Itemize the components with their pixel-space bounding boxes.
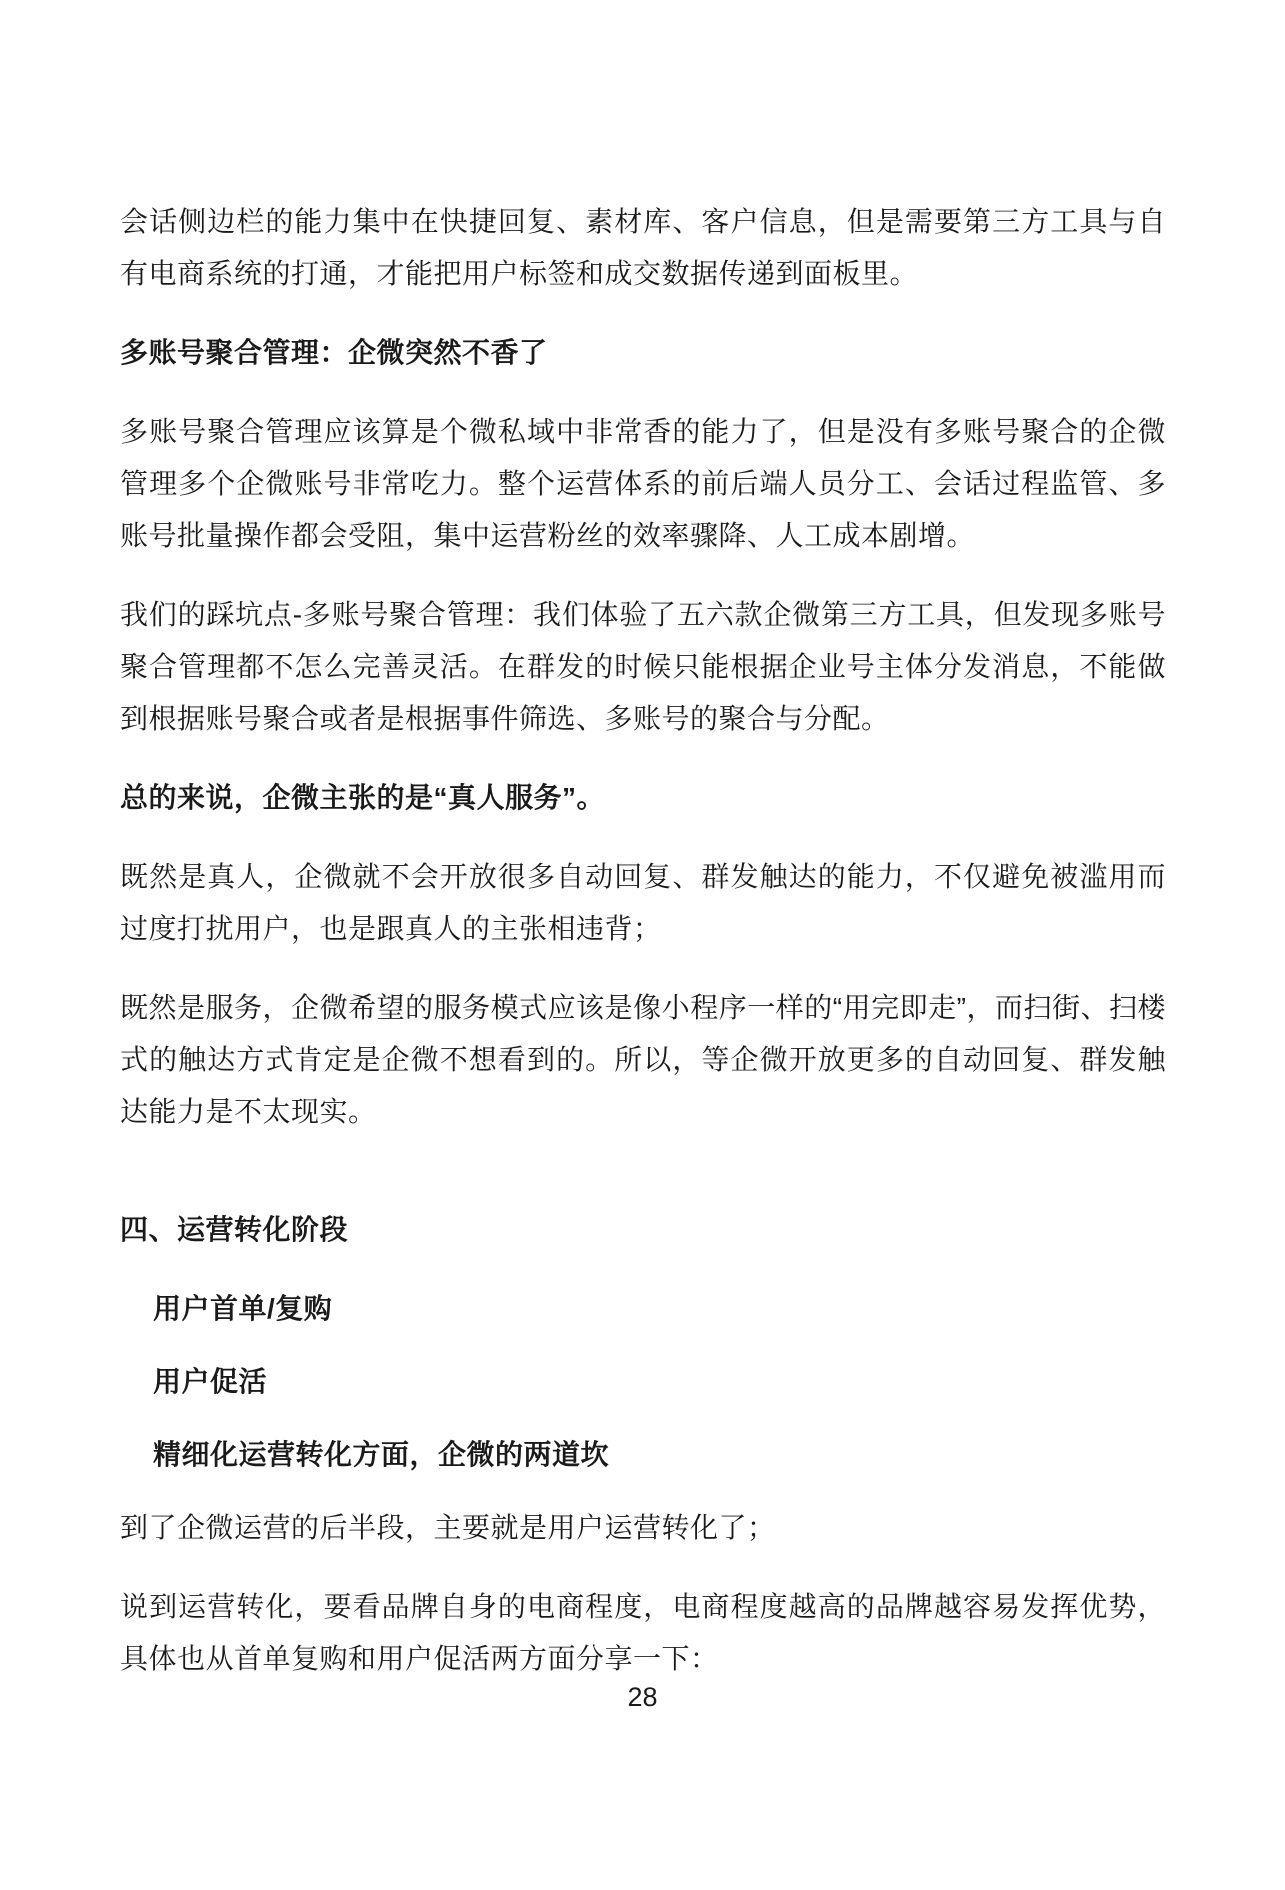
subheading-two-hurdles: 精细化运营转化方面，企微的两道坎 (120, 1429, 1166, 1481)
subheading-user-activation: 用户促活 (120, 1356, 1166, 1408)
page-number: 28 (627, 1682, 657, 1712)
paragraph-service-mode: 既然是服务，企微希望的服务模式应该是像小程序一样的“用完即走”，而扫街、扫楼式的… (120, 982, 1166, 1138)
subheading-first-order-repurchase: 用户首单/复购 (120, 1283, 1166, 1335)
document-page: 会话侧边栏的能力集中在快捷回复、素材库、客户信息，但是需要第三方工具与自有电商系… (0, 0, 1285, 1890)
paragraph-second-half: 到了企微运营的后半段，主要就是用户运营转化了； (120, 1502, 1166, 1554)
paragraph-real-person: 既然是真人，企微就不会开放很多自动回复、群发触达的能力，不仅避免被滥用而过度打扰… (120, 851, 1166, 955)
paragraph-ecommerce-degree: 说到运营转化，要看品牌自身的电商程度，电商程度越高的品牌越容易发挥优势，具体也从… (120, 1581, 1166, 1685)
document-content: 会话侧边栏的能力集中在快捷回复、素材库、客户信息，但是需要第三方工具与自有电商系… (120, 196, 1166, 1712)
paragraph-pitfall-multi-account: 我们的踩坑点-多账号聚合管理：我们体验了五六款企微第三方工具，但发现多账号聚合管… (120, 589, 1166, 745)
heading-multi-account-management: 多账号聚合管理：企微突然不香了 (120, 327, 1166, 379)
heading-section-operation-conversion: 四、运营转化阶段 (120, 1204, 1166, 1256)
paragraph-multi-account-pain: 多账号聚合管理应该算是个微私域中非常香的能力了，但是没有多账号聚合的企微管理多个… (120, 406, 1166, 562)
page-footer: 28 (0, 1680, 1285, 1714)
heading-real-person-service: 总的来说，企微主张的是“真人服务”。 (120, 772, 1166, 824)
paragraph-session-sidebar: 会话侧边栏的能力集中在快捷回复、素材库、客户信息，但是需要第三方工具与自有电商系… (120, 196, 1166, 300)
